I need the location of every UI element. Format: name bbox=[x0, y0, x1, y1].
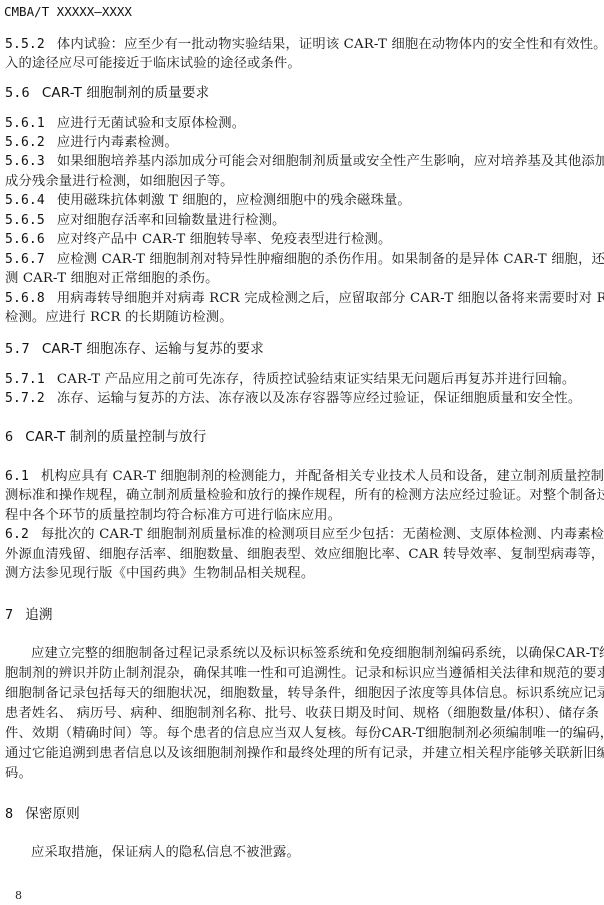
clause-number: 5.7.1 bbox=[5, 372, 45, 387]
traceability-paragraph-line-5: 件、效期（精确时间）等。每个患者的信息应当双人复核。每份CAR-T细胞制剂必须编… bbox=[5, 724, 598, 744]
clause-number: 5.6.6 bbox=[5, 232, 45, 247]
clause-5-7-2: 5.7.2冻存、运输与复苏的方法、冻存液以及冻存容器等应经过验证，保证细胞质量和… bbox=[5, 389, 598, 409]
section-title: 保密原则 bbox=[25, 806, 80, 822]
clause-number: 5.6.5 bbox=[5, 213, 45, 228]
clause-text: 使用磁珠抗体刺激 T 细胞的，应检测细胞中的残余磁珠量。 bbox=[57, 193, 411, 208]
clause-number: 5.6.8 bbox=[5, 291, 45, 306]
clause-number: 5.7.2 bbox=[5, 391, 45, 406]
clause-text: 应检测 CAR-T 细胞制剂对特异性肿瘤细胞的杀伤作用。如果制备的是异体 CAR… bbox=[57, 252, 604, 267]
section-title: CAR-T 细胞制剂的质量要求 bbox=[42, 85, 209, 101]
clause-6-1: 6.1机构应具有 CAR-T 细胞制剂的检测能力，并配备相关专业技术人员和设备，… bbox=[5, 467, 598, 487]
section-heading-6: 6CAR-T 制剂的质量控制与放行 bbox=[5, 428, 598, 448]
traceability-paragraph-line-1: 应建立完整的细胞制备过程记录系统以及标识标签系统和免疫细胞制剂编码系统，以确保C… bbox=[5, 644, 598, 664]
clause-5-6-5: 5.6.5应对细胞存活率和回输数量进行检测。 bbox=[5, 211, 598, 231]
clause-5-5-2: 5.5.2体内试验：应至少有一批动物实验结果，证明该 CAR-T 细胞在动物体内… bbox=[5, 35, 598, 55]
clause-number: 5.6.7 bbox=[5, 252, 45, 267]
clause-text: 应进行无菌试验和支原体检测。 bbox=[57, 116, 245, 131]
traceability-paragraph-line-6: 通过它能追溯到患者信息以及该细胞制剂操作和最终处理的所有记录，并建立相关程序能够… bbox=[5, 744, 598, 764]
clause-5-6-4: 5.6.4使用磁珠抗体刺激 T 细胞的，应检测细胞中的残余磁珠量。 bbox=[5, 191, 598, 211]
clause-number: 6.1 bbox=[5, 469, 29, 484]
clause-5-6-6: 5.6.6应对终产品中 CAR-T 细胞转导率、免疫表型进行检测。 bbox=[5, 230, 598, 250]
clause-text: 应对终产品中 CAR-T 细胞转导率、免疫表型进行检测。 bbox=[57, 232, 392, 247]
section-heading-8: 8保密原则 bbox=[5, 805, 598, 825]
clause-5-6-3-cont: 成分残余量进行检测，如细胞因子等。 bbox=[5, 172, 598, 192]
section-title: CAR-T 细胞冻存、运输与复苏的要求 bbox=[42, 341, 264, 357]
clause-number: 5.6.1 bbox=[5, 116, 45, 131]
traceability-paragraph-line-7: 码。 bbox=[5, 764, 598, 784]
section-title: CAR-T 制剂的质量控制与放行 bbox=[25, 429, 206, 445]
clause-text: 应进行内毒素检测。 bbox=[57, 135, 178, 150]
section-title: 追溯 bbox=[25, 607, 52, 623]
clause-5-6-1: 5.6.1应进行无菌试验和支原体检测。 bbox=[5, 114, 598, 134]
page-number: 8 bbox=[15, 889, 22, 902]
clause-6-2: 6.2每批次的 CAR-T 细胞制剂质量标准的检测项目应至少包括：无菌检测、支原… bbox=[5, 525, 598, 545]
section-heading-5-6: 5.6CAR-T 细胞制剂的质量要求 bbox=[5, 84, 598, 104]
clause-text: CAR-T 产品应用之前可先冻存，待质控试验结束证实结果无问题后再复苏并进行回输… bbox=[57, 372, 575, 387]
clause-number: 6.2 bbox=[5, 527, 29, 542]
section-number: 8 bbox=[5, 806, 13, 822]
clause-text: 体内试验：应至少有一批动物实验结果，证明该 CAR-T 细胞在动物体内的安全性和… bbox=[57, 37, 604, 52]
clause-6-1-cont-1: 测标准和操作规程，确立制剂质量检验和放行的操作规程，所有的检测方法应经过验证。对… bbox=[5, 486, 598, 506]
clause-text: 机构应具有 CAR-T 细胞制剂的检测能力，并配备相关专业技术人员和设备，建立制… bbox=[41, 469, 604, 484]
traceability-paragraph-line-3: 细胞制备记录包括每天的细胞状况，细胞数量，转导条件，细胞因子浓度等具体信息。标识… bbox=[5, 684, 598, 704]
clause-6-1-cont-2: 程中各个环节的质量控制均符合标准方可进行临床应用。 bbox=[5, 506, 598, 526]
document-code-header: CMBA/T XXXXX—XXXX bbox=[4, 4, 132, 20]
clause-number: 5.6.4 bbox=[5, 193, 45, 208]
clause-text: 用病毒转导细胞并对病毒 RCR 完成检测之后，应留取部分 CAR-T 细胞以备将… bbox=[57, 291, 604, 306]
clause-6-2-cont-1: 外源血清残留、细胞存活率、细胞数量、细胞表型、效应细胞比率、CAR 转导效率、复… bbox=[5, 545, 598, 565]
section-number: 6 bbox=[5, 429, 13, 445]
clause-5-6-8-cont: 检测。应进行 RCR 的长期随访检测。 bbox=[5, 308, 598, 328]
clause-number: 5.5.2 bbox=[5, 37, 45, 52]
clause-5-6-2: 5.6.2应进行内毒素检测。 bbox=[5, 133, 598, 153]
clause-5-6-7-cont: 测 CAR-T 细胞对正常细胞的杀伤。 bbox=[5, 269, 598, 289]
clause-5-7-1: 5.7.1CAR-T 产品应用之前可先冻存，待质控试验结束证实结果无问题后再复苏… bbox=[5, 370, 598, 390]
clause-number: 5.6.3 bbox=[5, 154, 45, 169]
traceability-paragraph-line-4: 患者姓名、 病历号、病种、细胞制剂名称、批号、收获日期及时间、规格（细胞数量/体… bbox=[5, 704, 598, 724]
section-number: 7 bbox=[5, 607, 13, 623]
section-heading-5-7: 5.7CAR-T 细胞冻存、运输与复苏的要求 bbox=[5, 340, 598, 360]
clause-text: 应对细胞存活率和回输数量进行检测。 bbox=[57, 213, 286, 228]
clause-5-5-2-cont: 入的途径应尽可能接近于临床试验的途径或条件。 bbox=[5, 54, 598, 74]
clause-text: 如果细胞培养基内添加成分可能会对细胞制剂质量或安全性产生影响，应对培养基及其他添… bbox=[57, 154, 604, 169]
clause-text: 每批次的 CAR-T 细胞制剂质量标准的检测项目应至少包括：无菌检测、支原体检测… bbox=[41, 527, 604, 542]
section-heading-7: 7追溯 bbox=[5, 606, 598, 626]
clause-5-6-7: 5.6.7应检测 CAR-T 细胞制剂对特异性肿瘤细胞的杀伤作用。如果制备的是异… bbox=[5, 250, 598, 270]
clause-5-6-8: 5.6.8用病毒转导细胞并对病毒 RCR 完成检测之后，应留取部分 CAR-T … bbox=[5, 289, 598, 309]
clause-text: 冻存、运输与复苏的方法、冻存液以及冻存容器等应经过验证，保证细胞质量和安全性。 bbox=[57, 391, 581, 406]
section-number: 5.7 bbox=[5, 341, 30, 357]
clause-6-2-cont-2: 测方法参见现行版《中国药典》生物制品相关规程。 bbox=[5, 564, 598, 584]
section-number: 5.6 bbox=[5, 85, 30, 101]
traceability-paragraph-line-2: 胞制剂的辨识并防止制剂混杂，确保其唯一性和可追溯性。记录和标识应当遵循相关法律和… bbox=[5, 664, 598, 684]
clause-5-6-3: 5.6.3如果细胞培养基内添加成分可能会对细胞制剂质量或安全性产生影响，应对培养… bbox=[5, 152, 598, 172]
clause-number: 5.6.2 bbox=[5, 135, 45, 150]
confidentiality-paragraph: 应采取措施，保证病人的隐私信息不被泄露。 bbox=[5, 843, 598, 863]
